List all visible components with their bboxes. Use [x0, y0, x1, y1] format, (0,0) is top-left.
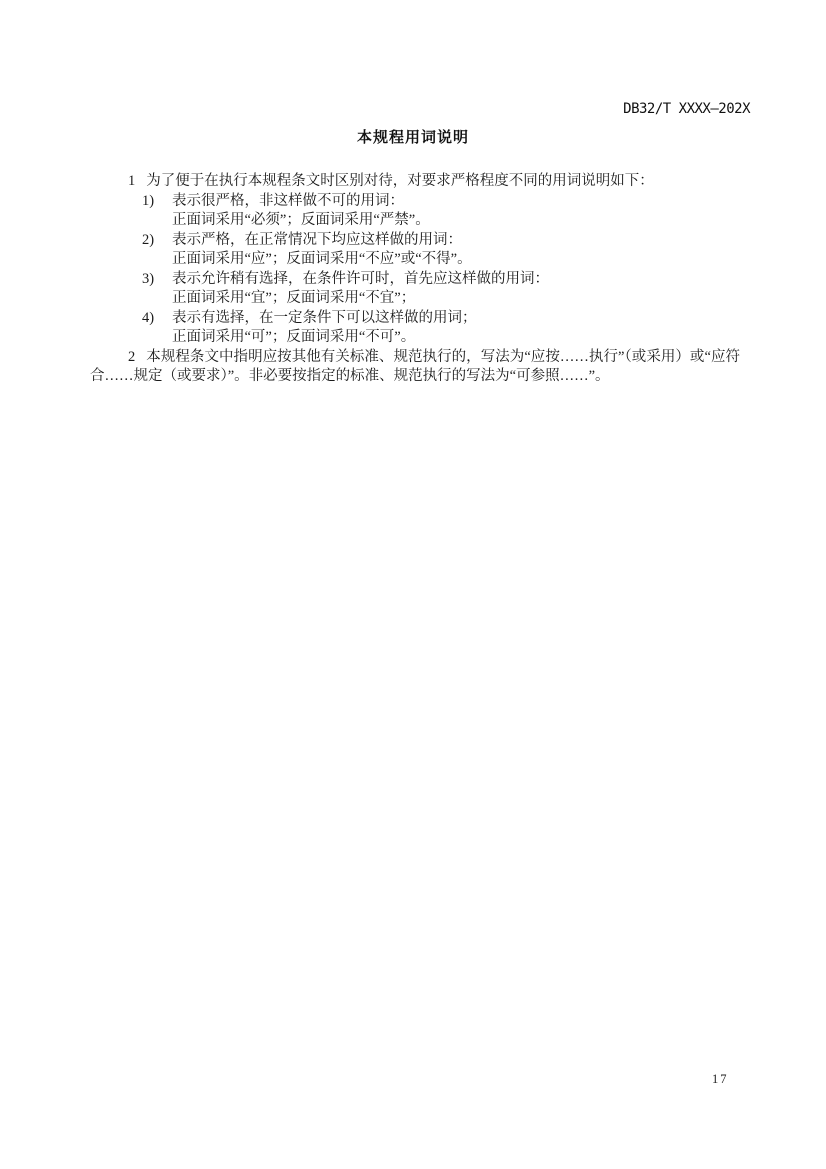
term-item-4-usage: 正面词采用“可”；反面词采用“不可”。	[172, 328, 740, 348]
term-item-1: 1)表示很严格，非这样做不可的用词： 正面词采用“必须”；反面词采用“严禁”。	[90, 192, 740, 231]
clause-2: 2本规程条文中指明应按其他有关标准、规范执行的，写法为“应按……执行”（或采用）…	[90, 348, 740, 387]
clause-1-text: 为了便于在执行本规程条文时区别对待，对要求严格程度不同的用词说明如下：	[146, 173, 654, 189]
clause-2-text: 本规程条文中指明应按其他有关标准、规范执行的，写法为“应按……执行”（或采用）或…	[90, 349, 740, 385]
document-body: 1为了便于在执行本规程条文时区别对待，对要求严格程度不同的用词说明如下： 1)表…	[90, 172, 740, 387]
term-item-1-definition: 1)表示很严格，非这样做不可的用词：	[142, 192, 740, 212]
term-item-2-definition: 2)表示严格，在正常情况下均应这样做的用词：	[142, 231, 740, 251]
term-item-4-text: 表示有选择，在一定条件下可以这样做的用词；	[172, 310, 477, 326]
term-item-2-text: 表示严格，在正常情况下均应这样做的用词：	[172, 232, 462, 248]
term-item-2-usage: 正面词采用“应”；反面词采用“不应”或“不得”。	[172, 250, 740, 270]
term-item-1-text: 表示很严格，非这样做不可的用词：	[172, 193, 404, 209]
clause-1: 1为了便于在执行本规程条文时区别对待，对要求严格程度不同的用词说明如下：	[90, 172, 740, 192]
clause-2-number: 2	[128, 348, 135, 368]
term-item-3: 3)表示允许稍有选择，在条件许可时，首先应这样做的用词： 正面词采用“宜”；反面…	[90, 270, 740, 309]
term-item-4: 4)表示有选择，在一定条件下可以这样做的用词； 正面词采用“可”；反面词采用“不…	[90, 309, 740, 348]
term-item-2-label: 2)	[142, 231, 172, 251]
term-item-3-label: 3)	[142, 270, 172, 290]
term-item-3-usage: 正面词采用“宜”；反面词采用“不宜”；	[172, 289, 740, 309]
standard-code-header: DB32/T XXXX—202X	[623, 101, 750, 117]
term-item-4-definition: 4)表示有选择，在一定条件下可以这样做的用词；	[142, 309, 740, 329]
clause-1-number: 1	[128, 172, 135, 192]
page-title: 本规程用词说明	[0, 126, 826, 147]
page-number: 17	[712, 1072, 729, 1087]
term-item-3-definition: 3)表示允许稍有选择，在条件许可时，首先应这样做的用词：	[142, 270, 740, 290]
term-item-1-label: 1)	[142, 192, 172, 212]
term-item-2: 2)表示严格，在正常情况下均应这样做的用词： 正面词采用“应”；反面词采用“不应…	[90, 231, 740, 270]
term-item-1-usage: 正面词采用“必须”；反面词采用“严禁”。	[172, 211, 740, 231]
term-item-3-text: 表示允许稍有选择，在条件许可时，首先应这样做的用词：	[172, 271, 549, 287]
term-item-4-label: 4)	[142, 309, 172, 329]
document-page: DB32/T XXXX—202X 本规程用词说明 1为了便于在执行本规程条文时区…	[0, 0, 826, 1169]
